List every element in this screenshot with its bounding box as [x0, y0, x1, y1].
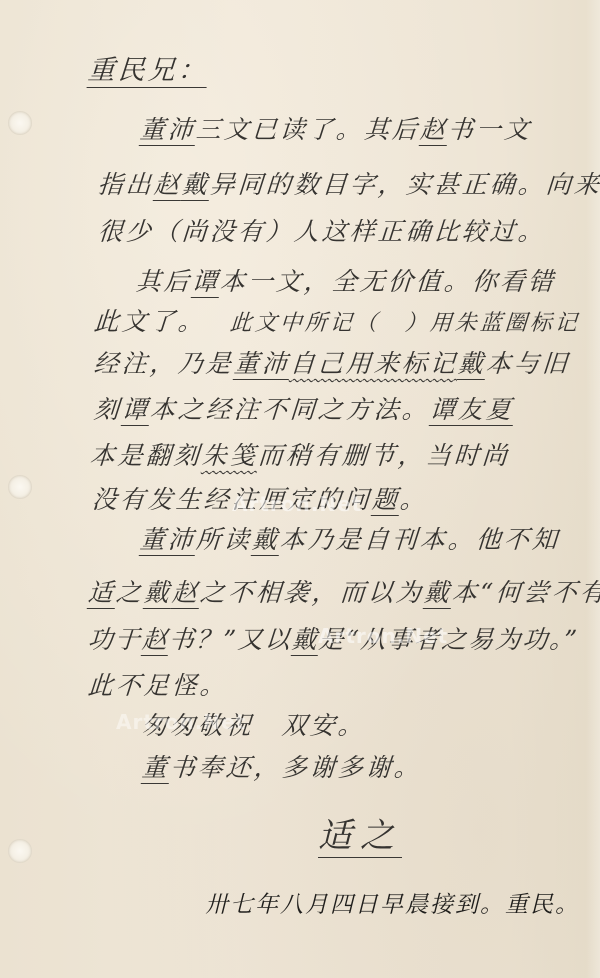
- receipt-annotation: 卅七年八月四日早晨接到。重民。: [205, 886, 580, 919]
- text: 书一文: [447, 115, 533, 144]
- name-zhao: 赵: [141, 625, 170, 656]
- text: 三文已读了。其后: [195, 115, 421, 144]
- paragraph-1-line-2: 指出赵戴异同的数目字，实甚正确。向来: [97, 165, 600, 201]
- text: 此不足怪。: [87, 671, 229, 700]
- text: 本是翻刻: [89, 441, 203, 470]
- name-tan: 谭: [121, 395, 151, 426]
- name-dai: 戴: [143, 578, 173, 609]
- name-dong-pei: 董沛: [139, 115, 197, 146]
- paragraph-2-line-5: 本是翻刻朱笺而稍有删节，当时尚: [89, 436, 512, 472]
- watermark: Artron.Net: [232, 492, 362, 516]
- paragraph-2-line-2: 此文了。此文中所记（ ）用朱蓝圈标记: [93, 302, 582, 338]
- text: 之: [115, 578, 145, 607]
- name-zhao: 赵: [419, 115, 449, 146]
- name-zhao: 赵: [153, 170, 183, 201]
- name-dai: 戴: [291, 625, 320, 656]
- paragraph-2-line-4: 刻谭本之经注不同之方法。谭友夏: [93, 390, 516, 426]
- name-tan: 谭: [191, 267, 221, 298]
- punch-hole-top: [8, 111, 32, 135]
- text: 本乃是自刊本。他不知: [279, 525, 561, 554]
- name-dai: 戴: [457, 349, 487, 380]
- text: 本一文，全无价值。你看错: [219, 267, 557, 296]
- punch-hole-middle: [8, 475, 32, 499]
- paragraph-3-line-4: 此不足怪。: [87, 666, 230, 702]
- text: 书奉还，多谢多谢。: [169, 753, 423, 782]
- name-tan-youxia: 谭友夏: [429, 395, 515, 426]
- closing-thanks: 董书奉还，多谢多谢。: [141, 748, 424, 784]
- emphasized-word: 题: [371, 485, 401, 516]
- signature-text: 适之: [318, 816, 402, 858]
- text: 异同的数目字，实甚正确。向来: [209, 170, 600, 199]
- text: 其后: [135, 267, 193, 296]
- name-dong-pei: 董沛: [233, 349, 291, 380]
- name-dai: 戴: [181, 170, 211, 201]
- name-zhu-jian: 朱笺: [201, 441, 259, 470]
- punch-hole-bottom: [8, 839, 32, 863]
- text: 功于: [87, 625, 143, 654]
- salutation-text: 重民兄：: [87, 55, 209, 88]
- annotation-text: 卅七年八月四日早晨接到。重民。: [205, 892, 580, 918]
- signature: 适之: [318, 808, 402, 857]
- text: 本与旧: [485, 349, 571, 378]
- text: 本之经注不同之方法。: [149, 395, 431, 424]
- text: 之不相袭，而以为: [199, 578, 425, 607]
- text: 很少（尚没有）人这样正确比较过。: [97, 217, 547, 246]
- text: 。: [399, 485, 429, 514]
- emphasized-phrase: 自己用来标记: [289, 349, 459, 378]
- name-shi: 适: [87, 578, 117, 609]
- name-dong-pei: 董沛: [139, 525, 197, 556]
- paragraph-3-line-1: 董沛所读戴本乃是自刊本。他不知: [139, 520, 562, 556]
- name-dong: 董: [141, 753, 171, 784]
- watermark: Artron.Net: [116, 710, 246, 734]
- letter-page: 重民兄： 董沛三文已读了。其后赵书一文 指出赵戴异同的数目字，实甚正确。向来 很…: [0, 0, 600, 978]
- text: 书？”又以: [168, 625, 293, 654]
- paragraph-1-line-1: 董沛三文已读了。其后赵书一文: [139, 110, 534, 146]
- name-zhao: 赵: [171, 578, 201, 609]
- name-dai: 戴: [251, 525, 281, 556]
- paragraph-2-line-3: 经注，乃是董沛自己用来标记戴本与旧: [93, 344, 572, 380]
- name-dai: 戴: [423, 578, 453, 609]
- text: 而稍有删节，当时尚: [257, 441, 511, 470]
- text: 本“何尝不有: [451, 578, 600, 607]
- text: 此文了。: [93, 307, 207, 336]
- text: 指出: [97, 170, 155, 199]
- paragraph-3-line-2: 适之戴赵之不相袭，而以为戴本“何尝不有: [87, 573, 600, 609]
- paragraph-1-line-3: 很少（尚没有）人这样正确比较过。: [97, 212, 548, 248]
- paper-edge: [586, 0, 600, 978]
- watermark: Artron.Net: [318, 624, 448, 648]
- text: 经注，乃是: [93, 349, 235, 378]
- salutation: 重民兄：: [87, 48, 210, 87]
- text: 所读: [195, 525, 253, 554]
- paragraph-2-line-1: 其后谭本一文，全无价值。你看错: [135, 262, 558, 298]
- text: 刻: [93, 395, 123, 424]
- text: 此文中所记（ ）用朱蓝圈标记: [229, 311, 581, 336]
